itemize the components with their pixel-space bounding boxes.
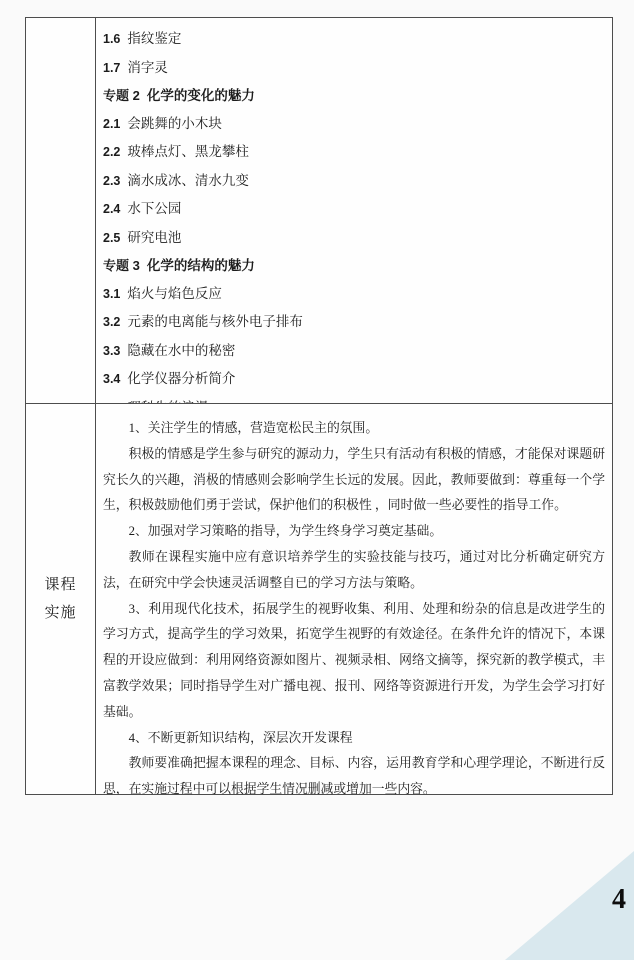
outline-item-title: 理科生的浪漫	[127, 400, 208, 404]
outline-item: 2.1会跳舞的小木块	[103, 110, 606, 139]
outline-item-title: 玻棒点灯、黑龙攀柱	[127, 144, 249, 159]
outline-label-cell-empty	[26, 18, 96, 403]
outline-item: 2.3滴水成冰、清水九变	[103, 167, 606, 196]
outline-content-cell: 1.6指纹鉴定 1.7消字灵 专题 2化学的变化的魅力 2.1会跳舞的小木块 2…	[96, 18, 612, 403]
outline-item-title: 化学的变化的魅力	[147, 88, 255, 103]
outline-item-title: 焰火与焰色反应	[127, 286, 222, 301]
outline-item-number: 2.4	[103, 202, 120, 216]
outline-item-title: 水下公园	[127, 201, 181, 216]
row-label-line2: 实施	[44, 599, 76, 627]
outline-item: 1.7消字灵	[103, 54, 606, 83]
outline-item-number: 3.3	[103, 344, 120, 358]
outline-topic-heading: 专题 3化学的结构的魅力	[103, 252, 606, 280]
outline-item-number: 3.5	[103, 401, 120, 404]
row-label-line1: 课程	[44, 571, 76, 599]
implementation-paragraphs: 1、关注学生的情感，营造宽松民主的氛围。 积极的情感是学生参与研究的源动力，学生…	[96, 404, 612, 794]
curriculum-table: 1.6指纹鉴定 1.7消字灵 专题 2化学的变化的魅力 2.1会跳舞的小木块 2…	[25, 17, 613, 795]
document-page: { "page": { "number": "4", "accent_color…	[0, 0, 640, 960]
outline-item-number: 2.1	[103, 117, 120, 131]
implementation-paragraph: 3、利用现代化技术，拓展学生的视野收集、利用、处理和纷杂的信息是改进学生的学习方…	[103, 597, 605, 726]
implementation-paragraph: 教师在课程实施中应有意识培养学生的实验技能与技巧，通过对比分析确定研究方法，在研…	[103, 545, 605, 597]
outline-item-number: 3.4	[103, 372, 120, 386]
outline-item-number: 2.2	[103, 145, 120, 159]
outline-topic-heading: 专题 2化学的变化的魅力	[103, 82, 606, 110]
outline-item: 3.2元素的电离能与核外电子排布	[103, 308, 606, 337]
implementation-row-label: 课程 实施	[26, 404, 96, 794]
outline-item: 3.4化学仪器分析简介	[103, 365, 606, 394]
outline-item: 3.5理科生的浪漫	[103, 394, 606, 404]
outline-item: 2.2玻棒点灯、黑龙攀柱	[103, 138, 606, 167]
outline-item-title: 隐藏在水中的秘密	[127, 343, 235, 358]
outline-item: 2.5研究电池	[103, 224, 606, 253]
implementation-row: 课程 实施 1、关注学生的情感，营造宽松民主的氛围。 积极的情感是学生参与研究的…	[26, 404, 612, 794]
outline-item-title: 元素的电离能与核外电子排布	[127, 314, 303, 329]
outline-item-title: 化学的结构的魅力	[147, 258, 255, 273]
outline-item-title: 会跳舞的小木块	[127, 116, 222, 131]
outline-item-number: 专题 2	[103, 88, 140, 103]
outline-item: 2.4水下公园	[103, 195, 606, 224]
outline-item-title: 指纹鉴定	[127, 31, 181, 46]
outline-item-title: 研究电池	[127, 230, 181, 245]
outline-item: 3.1焰火与焰色反应	[103, 280, 606, 309]
outline-item-number: 1.6	[103, 32, 120, 46]
outline-item-number: 2.3	[103, 174, 120, 188]
outline-item-title: 化学仪器分析简介	[127, 371, 235, 386]
implementation-paragraph: 2、加强对学习策略的指导，为学生终身学习奠定基础。	[103, 519, 605, 545]
implementation-paragraph: 教师要准确把握本课程的理念、目标、内容，运用教育学和心理学理论，不断进行反思，在…	[103, 751, 605, 794]
outline-item-number: 3.1	[103, 287, 120, 301]
implementation-paragraph: 积极的情感是学生参与研究的源动力，学生只有活动有积极的情感，才能保对课题研究长久…	[103, 442, 605, 519]
page-number: 4	[612, 884, 626, 916]
outline-item-number: 1.7	[103, 61, 120, 75]
outline-item: 3.3隐藏在水中的秘密	[103, 337, 606, 366]
page-edge-strip	[634, 0, 640, 960]
implementation-paragraph: 1、关注学生的情感，营造宽松民主的氛围。	[103, 416, 605, 442]
implementation-content-cell: 1、关注学生的情感，营造宽松民主的氛围。 积极的情感是学生参与研究的源动力，学生…	[96, 404, 612, 794]
outline-list: 1.6指纹鉴定 1.7消字灵 专题 2化学的变化的魅力 2.1会跳舞的小木块 2…	[96, 18, 612, 403]
outline-item-title: 消字灵	[127, 60, 168, 75]
outline-row: 1.6指纹鉴定 1.7消字灵 专题 2化学的变化的魅力 2.1会跳舞的小木块 2…	[26, 18, 612, 404]
outline-item-number: 专题 3	[103, 258, 140, 273]
outline-item-number: 3.2	[103, 315, 120, 329]
outline-item: 1.6指纹鉴定	[103, 25, 606, 54]
implementation-paragraph: 4、不断更新知识结构，深层次开发课程	[103, 726, 605, 752]
outline-item-number: 2.5	[103, 231, 120, 245]
outline-item-title: 滴水成冰、清水九变	[127, 173, 249, 188]
